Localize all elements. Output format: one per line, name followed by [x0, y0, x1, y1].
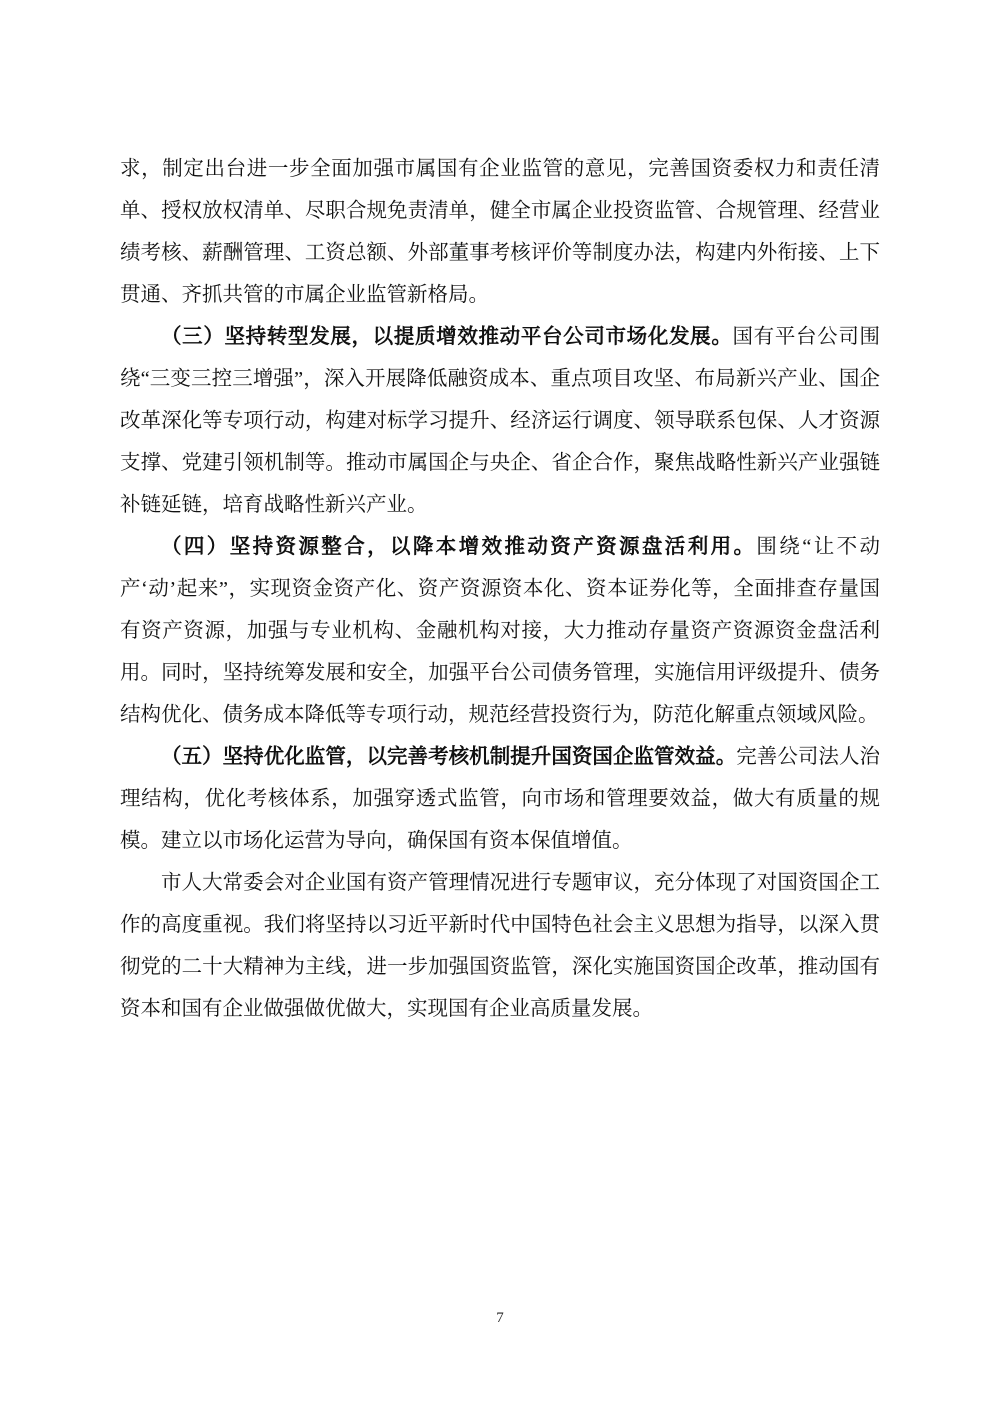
- paragraph: （四）坚持资源整合，以降本增效推动资产资源盘活利用。围绕“让不动产‘动’起来”，…: [120, 526, 880, 736]
- paragraph-heading-run: （五）坚持优化监管，以完善考核机制提升国资国企监管效益。: [161, 746, 736, 768]
- page-number: 7: [0, 1308, 1000, 1328]
- paragraph-text-run: 围绕“让不动产‘动’起来”，实现资金资产化、资产资源资本化、资本证券化等，全面排…: [120, 536, 880, 726]
- paragraph-text-run: 国有平台公司围绕“三变三控三增强”，深入开展降低融资成本、重点项目攻坚、布局新兴…: [120, 326, 880, 516]
- paragraph: 求，制定出台进一步全面加强市属国有企业监管的意见，完善国资委权力和责任清单、授权…: [120, 148, 880, 316]
- paragraph: （五）坚持优化监管，以完善考核机制提升国资国企监管效益。完善公司法人治理结构，优…: [120, 736, 880, 862]
- paragraph-heading-run: （三）坚持转型发展，以提质增效推动平台公司市场化发展。: [161, 326, 733, 348]
- document-page: 求，制定出台进一步全面加强市属国有企业监管的意见，完善国资委权力和责任清单、授权…: [0, 0, 1000, 1415]
- document-body: 求，制定出台进一步全面加强市属国有企业监管的意见，完善国资委权力和责任清单、授权…: [120, 148, 880, 1030]
- paragraph-heading-run: （四）坚持资源整合，以降本增效推动资产资源盘活利用。: [161, 536, 756, 558]
- paragraph-text-run: 求，制定出台进一步全面加强市属国有企业监管的意见，完善国资委权力和责任清单、授权…: [120, 158, 880, 306]
- paragraph: 市人大常委会对企业国有资产管理情况进行专题审议，充分体现了对国资国企工作的高度重…: [120, 862, 880, 1030]
- paragraph-text-run: 市人大常委会对企业国有资产管理情况进行专题审议，充分体现了对国资国企工作的高度重…: [120, 872, 880, 1020]
- paragraph: （三）坚持转型发展，以提质增效推动平台公司市场化发展。国有平台公司围绕“三变三控…: [120, 316, 880, 526]
